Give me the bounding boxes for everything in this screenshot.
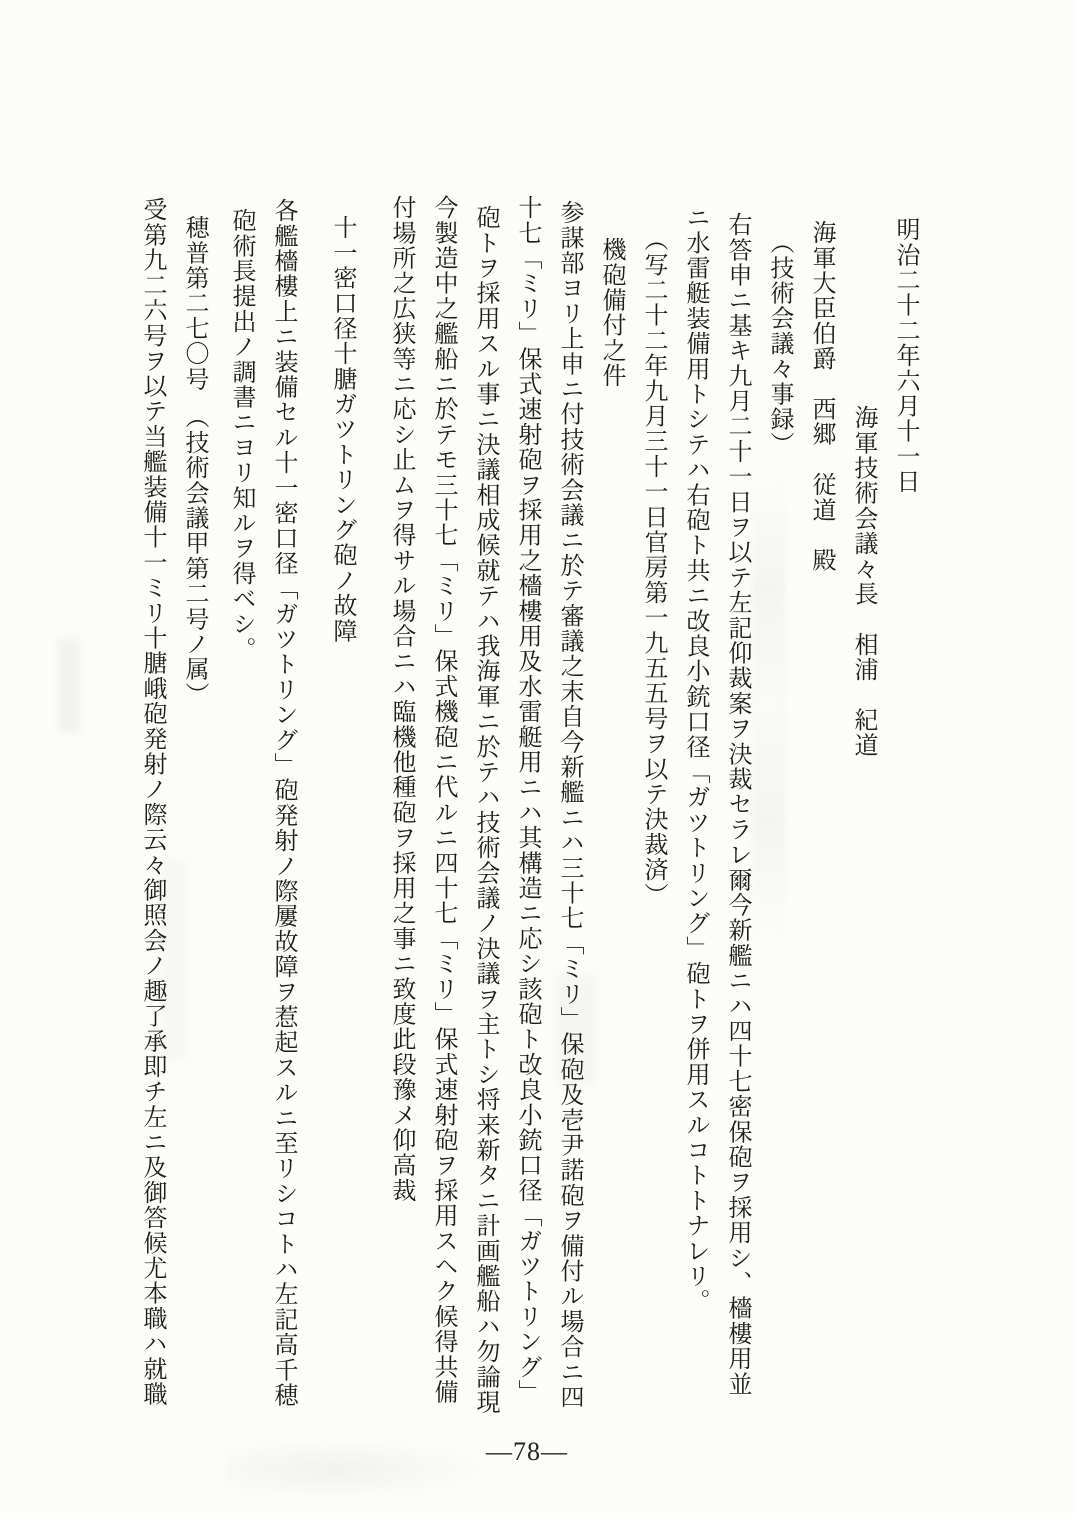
sender-line: 海軍技術会議々長 相浦 紀道	[842, 195, 884, 1450]
preamble-line: 右答申ニ基キ九月二十一日ヲ以テ左記仰裁案ヲ決裁セラレ爾今新艦ニハ四十七密保砲ヲ採…	[716, 195, 758, 1450]
date-line: 明治二十二年六月十一日	[884, 195, 926, 1450]
preamble-note: （写二十二年九月三十一日官房第一九五五号ヲ以テ決裁済）	[632, 195, 674, 1450]
body-line: 砲トヲ採用スル事ニ決議相成候就テハ我海軍ニ於テハ技術会議ノ決議ヲ主トシ将来新タニ…	[464, 195, 506, 1450]
section-heading-gatling: 十一密口径十膅ガツトリング砲ノ故障	[321, 195, 363, 1450]
recipient-line: 海軍大臣伯爵 西郷 従道 殿	[800, 195, 842, 1450]
body-line: 今製造中之艦船ニ於テモ三十七「ミリ」保式機砲ニ代ルニ四十七「ミリ」保式速射砲ヲ採…	[422, 195, 464, 1450]
doc-type-note: （技術会議々事録）	[758, 195, 800, 1450]
scan-artifact	[58, 638, 80, 733]
body-line: 十七「ミリ」保式速射砲ヲ採用之檣樓用及水雷艇用ニハ其構造ニ応シ該砲ト改良小銃口径…	[506, 195, 548, 1450]
body-line: 砲術長提出ノ調書ニヨリ知ルヲ得ベシ。	[220, 195, 262, 1450]
preamble-line: ニ水雷艇装備用トシテハ右砲ト共ニ改良小銃口径「ガツトリング」砲トヲ併用スルコトト…	[674, 195, 716, 1450]
body-line: 受第九二六号ヲ以テ当艦装備十一ミリ十膅峨砲発射ノ際云々御照会ノ趣了承即チ左ニ及御…	[131, 195, 173, 1450]
vertical-text-block: 明治二十二年六月十一日 海軍技術会議々長 相浦 紀道 海軍大臣伯爵 西郷 従道 …	[131, 195, 926, 1450]
body-line: 各艦檣樓上ニ装備セル十一密口径「ガツトリング」砲発射ノ際屢故障ヲ惹起スルニ至リシ…	[262, 195, 304, 1450]
reference-line: 穂普第二七〇号 （技術会議甲第二号ノ属）	[173, 195, 215, 1450]
page-number: ―78―	[486, 1437, 568, 1467]
body-line: 付場所之広狭等ニ応シ止ムヲ得サル場合ニハ臨機他種砲ヲ採用之事ニ致度此段豫メ仰高裁	[380, 195, 422, 1450]
body-line: 参謀部ヨリ上申ニ付技術会議ニ於テ審議之末自今新艦ニハ三十七「ミリ」保砲及壱尹諾砲…	[548, 195, 590, 1450]
document-page: 明治二十二年六月十一日 海軍技術会議々長 相浦 紀道 海軍大臣伯爵 西郷 従道 …	[0, 0, 1076, 1513]
section-heading-kiho: 機砲備付之件	[590, 195, 632, 1450]
